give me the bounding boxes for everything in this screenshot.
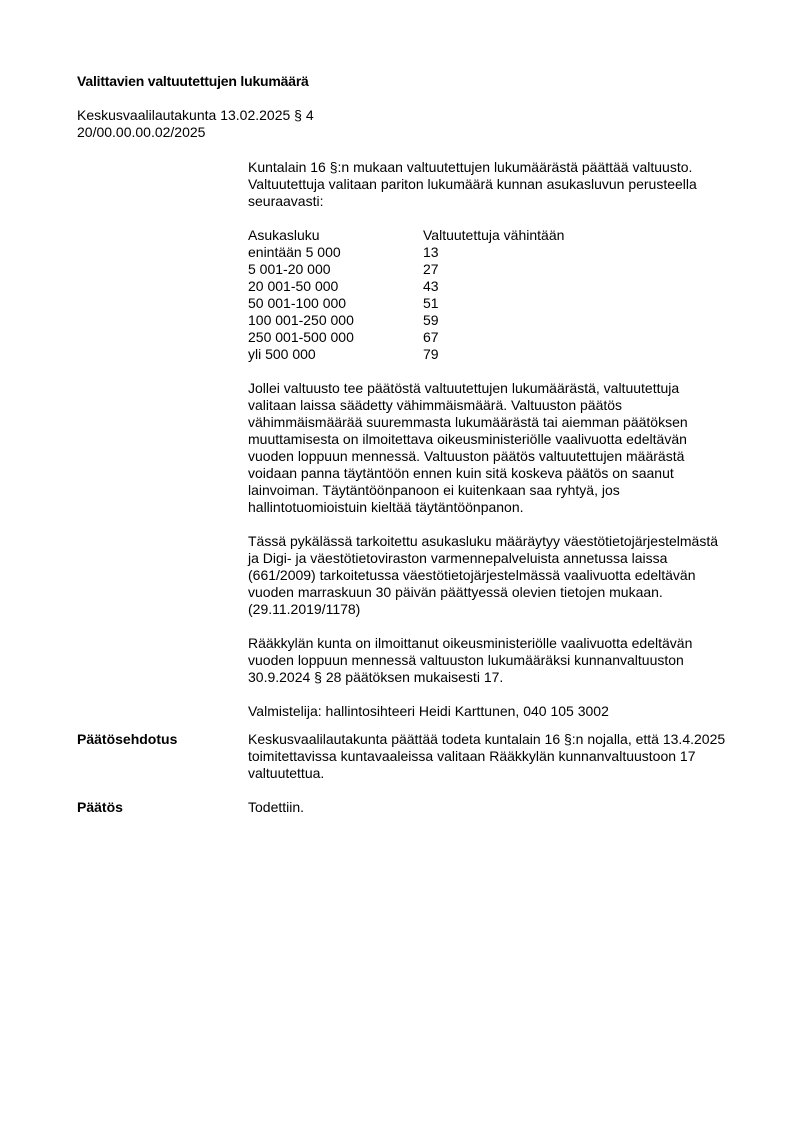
min-councillors: 79 <box>423 346 564 363</box>
table-row: 20 001-50 00043 <box>248 278 564 295</box>
table-row: 100 001-250 00059 <box>248 312 564 329</box>
population-range: 5 001-20 000 <box>248 261 423 278</box>
paragraph-raakkyla-notice: Rääkkylän kunta on ilmoittanut oikeusmin… <box>248 635 728 686</box>
table-row: 5 001-20 00027 <box>248 261 564 278</box>
proposal-text: Keskusvaalilautakunta päättää todeta kun… <box>248 731 728 782</box>
min-councillors: 27 <box>423 261 564 278</box>
population-range: 100 001-250 000 <box>248 312 423 329</box>
table-row: 50 001-100 00051 <box>248 295 564 312</box>
population-range: enintään 5 000 <box>248 244 423 261</box>
paragraph-population-basis: Tässä pykälässä tarkoitettu asukasluku m… <box>248 533 728 618</box>
table-row: 250 001-500 00067 <box>248 329 564 346</box>
min-councillors: 67 <box>423 329 564 346</box>
population-range: 50 001-100 000 <box>248 295 423 312</box>
intro-paragraph: Kuntalain 16 §:n mukaan valtuutettujen l… <box>248 159 728 210</box>
body-column: Kuntalain 16 §:n mukaan valtuutettujen l… <box>248 159 728 737</box>
table-row: yli 500 00079 <box>248 346 564 363</box>
reference-number: 20/00.00.00.02/2025 <box>77 124 314 141</box>
population-table: Asukasluku Valtuutettuja vähintään enint… <box>248 227 564 363</box>
document-page: Valittavien valtuutettujen lukumäärä Kes… <box>0 0 794 1122</box>
table-header-row: Asukasluku Valtuutettuja vähintään <box>248 227 564 244</box>
min-councillors: 43 <box>423 278 564 295</box>
proposal-label: Päätösehdotus <box>77 731 177 748</box>
paragraph-implementation: Jollei valtuusto tee päätöstä valtuutett… <box>248 380 728 516</box>
meeting-meta: Keskusvaalilautakunta 13.02.2025 § 4 20/… <box>77 107 314 141</box>
column-header-population: Asukasluku <box>248 227 423 244</box>
decision-label: Päätös <box>77 799 123 816</box>
min-councillors: 13 <box>423 244 564 261</box>
column-header-councillors: Valtuutettuja vähintään <box>423 227 564 244</box>
decision-text: Todettiin. <box>248 799 728 816</box>
min-councillors: 51 <box>423 295 564 312</box>
population-range: 250 001-500 000 <box>248 329 423 346</box>
min-councillors: 59 <box>423 312 564 329</box>
population-range: 20 001-50 000 <box>248 278 423 295</box>
population-range: yli 500 000 <box>248 346 423 363</box>
preparer-info: Valmistelija: hallintosihteeri Heidi Kar… <box>248 703 728 720</box>
meeting-info: Keskusvaalilautakunta 13.02.2025 § 4 <box>77 107 314 124</box>
table-row: enintään 5 00013 <box>248 244 564 261</box>
document-title: Valittavien valtuutettujen lukumäärä <box>77 73 309 90</box>
